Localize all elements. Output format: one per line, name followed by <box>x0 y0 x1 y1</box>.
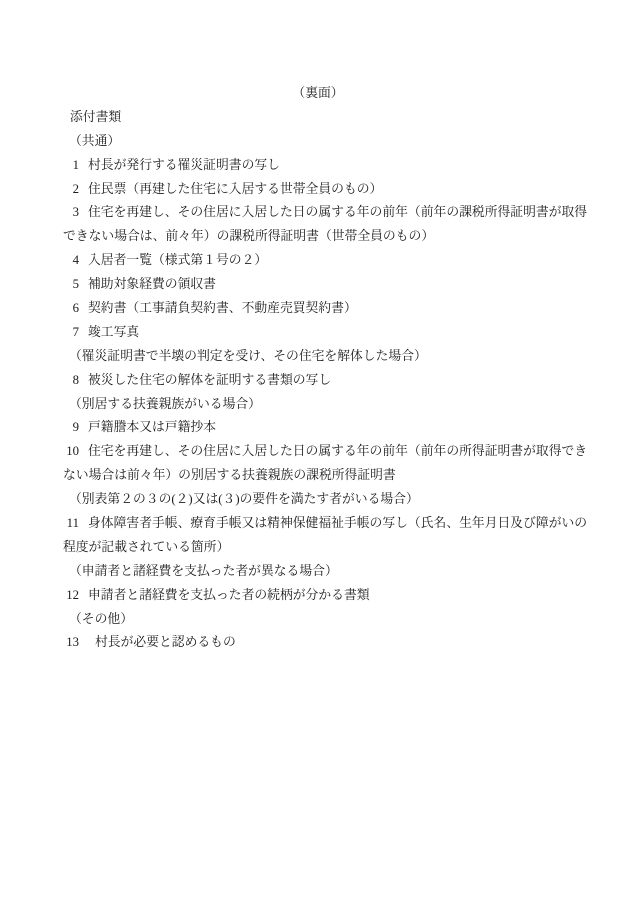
condition-note-line: （申請者と諸経費を支払った者が異なる場合） <box>63 560 573 584</box>
item-text: 村長が発行する罹災証明書の写し <box>88 158 280 172</box>
list-item-line: 13村長が必要と認めるもの <box>63 631 573 655</box>
item-number: 6 <box>63 297 79 321</box>
list-item-line: 6契約書（工事請負契約書、不動産売買契約書） <box>63 297 573 321</box>
list-item-line: 5補助対象経費の領収書 <box>63 273 573 297</box>
item-text: 竣工写真 <box>88 325 139 339</box>
list-item-line: 12申請者と諸経費を支払った者の続柄が分かる書類 <box>63 584 573 608</box>
item-number: 13 <box>63 631 79 655</box>
page-side-label: （裏面） <box>63 82 573 106</box>
list-item-line: 9戸籍謄本又は戸籍抄本 <box>63 416 573 440</box>
item-text: 身体障害者手帳、療育手帳又は精神保健福祉手帳の写し（氏名、生年月日及び障がいの <box>88 516 587 530</box>
list-item-line: 3住宅を再建し、その住居に入居した日の属する年の前年（前年の課税所得証明書が取得 <box>63 201 573 225</box>
item-text: 補助対象経費の領収書 <box>88 277 216 291</box>
item-text: 被災した住宅の解体を証明する書類の写し <box>88 373 331 387</box>
item-text: 入居者一覧（様式第１号の２） <box>88 253 267 267</box>
item-text: 申請者と諸経費を支払った者の続柄が分かる書類 <box>88 588 370 602</box>
item-number: 4 <box>63 249 79 273</box>
item-text: 村長が必要と認めるもの <box>95 635 236 649</box>
list-item-line: 11身体障害者手帳、療育手帳又は精神保健福祉手帳の写し（氏名、生年月日及び障がい… <box>63 512 573 536</box>
item-number: 7 <box>63 321 79 345</box>
section-title: 添付書類 <box>63 106 573 130</box>
list-item-line: 10住宅を再建し、その住居に入居した日の属する年の前年（前年の所得証明書が取得で… <box>63 440 573 464</box>
item-number: 11 <box>63 512 79 536</box>
condition-note-line: （共通） <box>63 130 573 154</box>
item-text: 契約書（工事請負契約書、不動産売買契約書） <box>88 301 357 315</box>
item-text: 住宅を再建し、その住居に入居した日の属する年の前年（前年の課税所得証明書が取得 <box>88 205 587 219</box>
list-item-line: 2住民票（再建した住宅に入居する世帯全員のもの） <box>63 178 573 202</box>
item-number: 10 <box>63 440 79 464</box>
condition-note-line: （別表第２の３の(２)又は(３)の要件を満たす者がいる場合） <box>63 488 573 512</box>
list-item-line: 4入居者一覧（様式第１号の２） <box>63 249 573 273</box>
condition-note-line: （別居する扶養親族がいる場合） <box>63 393 573 417</box>
document-lines: （共通）1村長が発行する罹災証明書の写し2住民票（再建した住宅に入居する世帯全員… <box>63 130 573 656</box>
list-item-line: 7竣工写真 <box>63 321 573 345</box>
list-item-line: 8被災した住宅の解体を証明する書類の写し <box>63 369 573 393</box>
item-number: 2 <box>63 178 79 202</box>
continuation-line: 程度が記載されている箇所） <box>63 536 573 560</box>
continuation-line: ない場合は前々年）の別居する扶養親族の課税所得証明書 <box>63 464 573 488</box>
item-number: 12 <box>63 584 79 608</box>
item-number: 5 <box>63 273 79 297</box>
item-number: 8 <box>63 369 79 393</box>
item-text: 住民票（再建した住宅に入居する世帯全員のもの） <box>88 182 382 196</box>
document-page: （裏面） 添付書類 （共通）1村長が発行する罹災証明書の写し2住民票（再建した住… <box>0 0 630 915</box>
item-text: 戸籍謄本又は戸籍抄本 <box>88 420 216 434</box>
list-item-line: 1村長が発行する罹災証明書の写し <box>63 154 573 178</box>
condition-note-line: （罹災証明書で半壊の判定を受け、その住宅を解体した場合） <box>63 345 573 369</box>
condition-note-line: （その他） <box>63 608 573 632</box>
item-number: 1 <box>63 154 79 178</box>
item-text: 住宅を再建し、その住居に入居した日の属する年の前年（前年の所得証明書が取得でき <box>88 444 587 458</box>
continuation-line: できない場合は、前々年）の課税所得証明書（世帯全員のもの） <box>63 225 573 249</box>
item-number: 3 <box>63 201 79 225</box>
item-number: 9 <box>63 416 79 440</box>
